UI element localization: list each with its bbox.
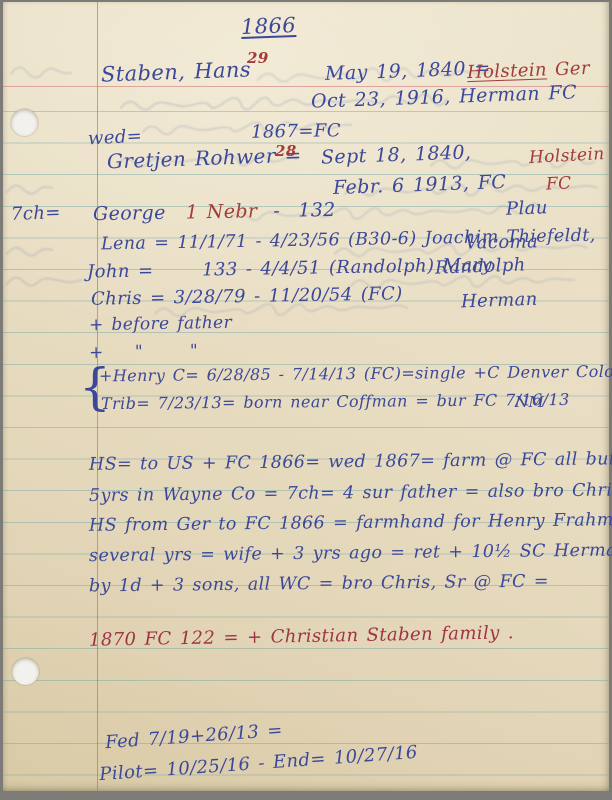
scanned-page: 1866 Staben, Hans 29 May 19, 1840 = Hols… xyxy=(0,0,612,800)
child-john-place: Randolph xyxy=(435,256,526,277)
trib-note: NM xyxy=(515,395,544,410)
year-heading: 1866 xyxy=(241,15,297,38)
wed-year: 1867=FC xyxy=(251,122,341,142)
wife-number-superscript: 28 xyxy=(275,144,297,159)
child-row-trib: Trib= 7/23/13= born near Coffman = bur F… xyxy=(101,392,570,412)
note-before-father: + before father xyxy=(89,315,232,334)
wife-place-abbr: FC xyxy=(546,175,572,193)
husband-death-line: Oct 23, 1916, Herman FC xyxy=(311,83,578,111)
wife-place: Holstein xyxy=(529,146,605,167)
husband-birth-place-main: Holstein xyxy=(467,59,548,83)
punch-hole-top xyxy=(11,109,38,136)
child-george-place: Plau xyxy=(506,199,548,218)
child-george-note: 1 Nebr xyxy=(186,200,258,223)
child-george-name: George xyxy=(93,202,166,225)
punch-hole-bottom xyxy=(12,658,39,685)
wed-label: wed= xyxy=(88,128,143,149)
husband-birth-place: Holstein Ger xyxy=(467,60,590,82)
child-chris-place: Herman xyxy=(461,291,538,312)
paper-sheet: 1866 Staben, Hans 29 May 19, 1840 = Hols… xyxy=(3,2,609,791)
wife-name: Gretjen Rohwer = xyxy=(107,145,302,172)
children-count-label: 7ch= xyxy=(11,204,61,224)
husband-birth-place-suffix: Ger xyxy=(547,58,591,80)
child-george-dash: - xyxy=(273,200,280,222)
child-lena-place: Vacoma xyxy=(465,233,539,252)
child-row-george: George1 Nebr-132 xyxy=(93,201,336,224)
wife-birth-date: Sept 18, 1840, xyxy=(321,143,472,167)
husband-name: Staben, Hans xyxy=(101,59,252,85)
husband-number-superscript: 29 xyxy=(247,51,269,66)
child-row-henry: +Henry C= 6/28/85 - 7/14/13 (FC)=single … xyxy=(99,364,612,385)
child-george-number: 132 xyxy=(298,199,336,222)
